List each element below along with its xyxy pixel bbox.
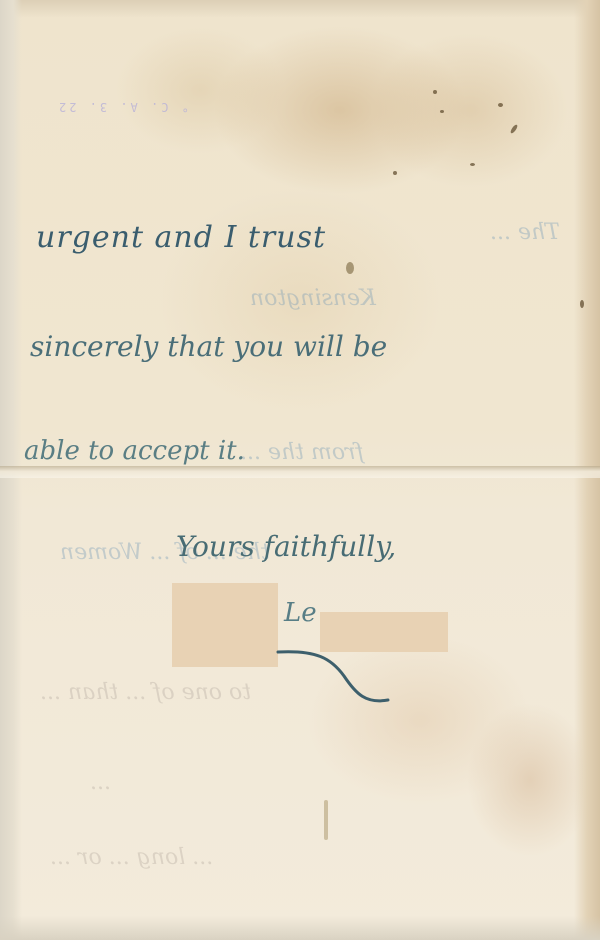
foxing-spot bbox=[324, 800, 328, 840]
signature-fragment: Le bbox=[284, 598, 317, 628]
letter-page: ° C. A. 3. 22 The ... Kensington from th… bbox=[0, 0, 600, 940]
foxing-spot bbox=[433, 90, 437, 94]
redaction-box bbox=[172, 583, 278, 667]
letter-closing: Yours faithfully, bbox=[176, 530, 396, 563]
foxing-spot bbox=[346, 262, 354, 274]
page-edge-bottom bbox=[0, 916, 600, 940]
foxing-spot bbox=[498, 103, 503, 107]
handwritten-line-3: able to accept it. bbox=[24, 436, 245, 466]
paper-fold-crease bbox=[0, 466, 600, 478]
ink-stamp: ° C. A. 3. 22 bbox=[56, 100, 189, 114]
redaction-box bbox=[320, 612, 448, 652]
bleed-through-text: Kensington bbox=[250, 286, 376, 311]
bleed-through-text: to one of ... than ... bbox=[40, 680, 251, 705]
foxing-spot bbox=[393, 171, 397, 175]
foxing-spot bbox=[580, 300, 584, 308]
bleed-through-text: The ... bbox=[490, 220, 560, 245]
page-edge-top bbox=[0, 0, 600, 18]
bleed-through-text: ... bbox=[90, 770, 111, 795]
handwritten-line-2: sincerely that you will be bbox=[30, 330, 387, 363]
foxing-spot bbox=[440, 110, 444, 113]
foxing-spot bbox=[509, 124, 518, 134]
signature-flourish bbox=[276, 648, 396, 708]
bleed-through-text: from the ... bbox=[240, 440, 364, 465]
foxing-spot bbox=[470, 163, 475, 166]
handwritten-line-1: urgent and I trust bbox=[36, 220, 326, 255]
bleed-through-text: ... long ... or ... bbox=[50, 845, 213, 870]
